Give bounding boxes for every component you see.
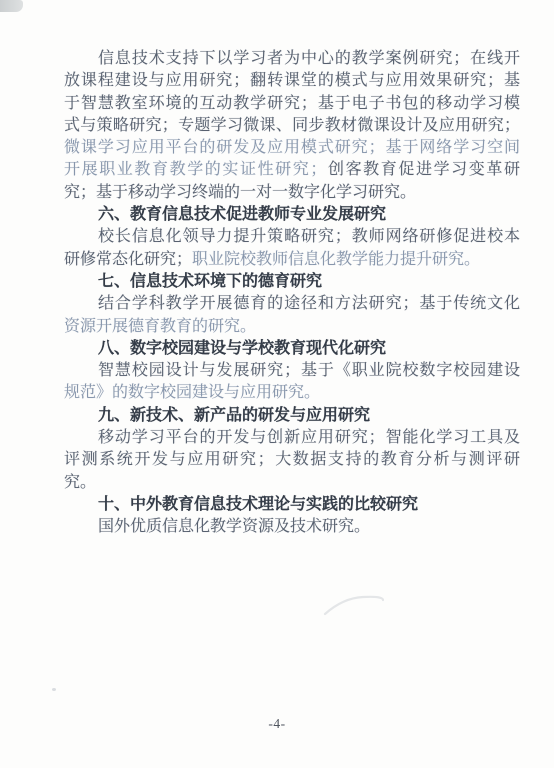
text-run: 于智慧教室环境的互动教学研究；基于电子书包的移动学习模 bbox=[64, 95, 520, 112]
text-run: 结合学科教学开展德育的途径和方法研究；基于传统文化 bbox=[98, 295, 520, 312]
text-run: 六、教育信息技术促进教师专业发展研究 bbox=[98, 206, 386, 223]
text-line: 式与策略研究；专题学习微课、同步教材微课设计及应用研究； bbox=[64, 115, 520, 137]
text-run: 智慧校园设计与发展研究；基于《职业院校数字校园建设 bbox=[98, 362, 520, 379]
scan-artifact-arc bbox=[323, 592, 385, 618]
text-run: 究。 bbox=[64, 474, 96, 491]
text-run: 七、信息技术环境下的德育研究 bbox=[98, 273, 322, 290]
text-run: 国外优质信息化教学资源及技术研究。 bbox=[98, 518, 370, 535]
text-run: 规范》的数字校园建设与应用研究。 bbox=[64, 384, 320, 401]
text-line: 校长信息化领导力提升策略研究；教师网络研修促进校本 bbox=[64, 226, 520, 248]
text-run: 基于网络学习空间 bbox=[385, 139, 520, 156]
text-run: 究；基于移动学习终端的一对一数字化学习研究。 bbox=[64, 184, 416, 201]
text-run: 资源开展德育教育的研究。 bbox=[64, 318, 256, 335]
text-run: 校长信息化领导力提升策略研究；教师网络研修促进校本 bbox=[98, 228, 520, 245]
section-heading: 十、中外教育信息技术理论与实践的比较研究 bbox=[64, 494, 520, 516]
text-run: 十、中外教育信息技术理论与实践的比较研究 bbox=[98, 496, 418, 513]
text-run: 微课学习应用平台的研发及应用模式研究； bbox=[64, 139, 385, 156]
text-line: 究；基于移动学习终端的一对一数字化学习研究。 bbox=[64, 182, 520, 204]
text-run: 放课程建设与应用研究；翻转课堂的模式与应用效果研究；基 bbox=[64, 72, 520, 89]
text-run: 研修常态化研究； bbox=[64, 251, 192, 268]
section-heading: 九、新技术、新产品的研发与应用研究 bbox=[64, 405, 520, 427]
text-line: 移动学习平台的开发与创新应用研究；智能化学习工具及 bbox=[64, 427, 520, 449]
text-line: 放课程建设与应用研究；翻转课堂的模式与应用效果研究；基 bbox=[64, 70, 520, 92]
section-heading: 六、教育信息技术促进教师专业发展研究 bbox=[64, 204, 520, 226]
text-run: 开展职业教育教学的实证性研究； bbox=[64, 161, 326, 178]
text-run: 式与策略研究；专题学习微课、同步教材微课设计及应用研究； bbox=[64, 117, 520, 134]
text-line: 规范》的数字校园建设与应用研究。 bbox=[64, 382, 520, 404]
page-number: -4- bbox=[0, 716, 554, 732]
section-heading: 八、数字校园建设与学校教育现代化研究 bbox=[64, 338, 520, 360]
text-line: 智慧校园设计与发展研究；基于《职业院校数字校园建设 bbox=[64, 360, 520, 382]
text-line: 于智慧教室环境的互动教学研究；基于电子书包的移动学习模 bbox=[64, 93, 520, 115]
text-run: 评测系统开发与应用研究；大数据支持的教育分析与测评研 bbox=[64, 451, 520, 468]
text-line: 国外优质信息化教学资源及技术研究。 bbox=[64, 516, 520, 538]
text-run: 移动学习平台的开发与创新应用研究；智能化学习工具及 bbox=[98, 429, 520, 446]
text-run: 八、数字校园建设与学校教育现代化研究 bbox=[98, 340, 386, 357]
text-line: 微课学习应用平台的研发及应用模式研究；基于网络学习空间 bbox=[64, 137, 520, 159]
section-heading: 七、信息技术环境下的德育研究 bbox=[64, 271, 520, 293]
scan-artifact-corner bbox=[0, 0, 23, 12]
text-line: 开展职业教育教学的实证性研究；创客教育促进学习变革研 bbox=[64, 159, 520, 181]
text-line: 资源开展德育教育的研究。 bbox=[64, 316, 520, 338]
scan-artifact-dot bbox=[52, 688, 56, 691]
scanned-document-page: 信息技术支持下以学习者为中心的教学案例研究；在线开放课程建设与应用研究；翻转课堂… bbox=[0, 0, 554, 768]
text-run: 九、新技术、新产品的研发与应用研究 bbox=[98, 407, 370, 424]
text-line: 信息技术支持下以学习者为中心的教学案例研究；在线开 bbox=[64, 48, 520, 70]
document-body: 信息技术支持下以学习者为中心的教学案例研究；在线开放课程建设与应用研究；翻转课堂… bbox=[64, 48, 520, 539]
text-run: 创客教育促进学习变革研 bbox=[326, 161, 520, 178]
text-run: 信息技术支持下以学习者为中心的教学案例研究；在线开 bbox=[98, 50, 520, 67]
text-line: 研修常态化研究；职业院校教师信息化教学能力提升研究。 bbox=[64, 249, 520, 271]
text-line: 评测系统开发与应用研究；大数据支持的教育分析与测评研 bbox=[64, 449, 520, 471]
text-line: 究。 bbox=[64, 472, 520, 494]
text-run: 职业院校教师信息化教学能力提升研究。 bbox=[192, 251, 480, 268]
text-line: 结合学科教学开展德育的途径和方法研究；基于传统文化 bbox=[64, 293, 520, 315]
